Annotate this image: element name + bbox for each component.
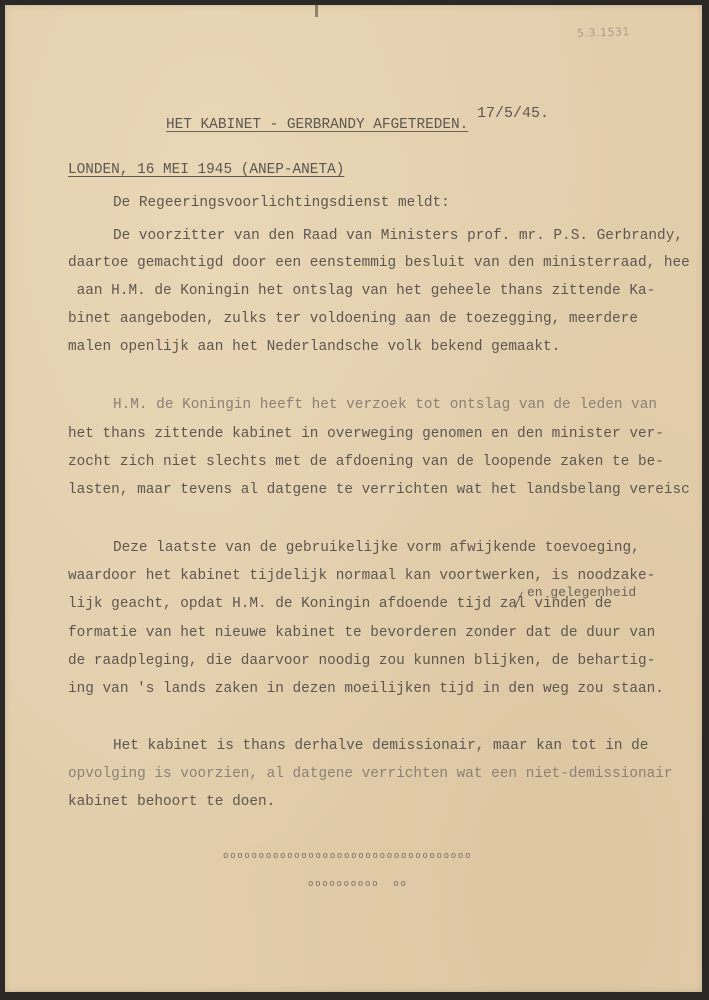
paragraph-2-line-2: het thans zittende kabinet in overweging…: [68, 426, 664, 443]
paragraph-4-line-3: kabinet behoort te doen.: [68, 794, 275, 811]
paragraph-3-line-2: waardoor het kabinet tijdelijk normaal k…: [68, 568, 655, 585]
scanned-document: 5.3.1531 17/5/45. HET KABINET - GERBRAND…: [0, 0, 709, 1000]
document-date: 17/5/45.: [477, 105, 549, 122]
headline: HET KABINET - GERBRANDY AFGETREDEN.: [166, 117, 468, 134]
paragraph-2-line-1: H.M. de Koningin heeft het verzoek tot o…: [113, 397, 657, 414]
archive-number: 5.3.1531: [577, 25, 630, 40]
end-marks-row-1: ooooooooooooooooooooooooooooooooooo: [223, 851, 472, 861]
paragraph-3-line-5: de raadpleging, die daarvoor noodig zou …: [68, 653, 655, 670]
paragraph-1-line-2: daartoe gemachtigd door een eenstemmig b…: [68, 255, 690, 272]
dateline: LONDEN, 16 MEI 1945 (ANEP-ANETA): [68, 162, 344, 179]
paragraph-4-line-2: opvolging is voorzien, al datgene verric…: [68, 766, 673, 783]
paragraph-1-line-5: malen openlijk aan het Nederlandsche vol…: [68, 339, 560, 356]
intro-line: De Regeeringsvoorlichtingsdienst meldt:: [113, 195, 450, 212]
paragraph-3-line-3: lijk geacht, opdat H.M. de Koningin afdo…: [68, 596, 612, 613]
paragraph-3-line-1: Deze laatste van de gebruikelijke vorm a…: [113, 540, 640, 557]
paragraph-1-line-3: aan H.M. de Koningin het ontslag van het…: [68, 283, 655, 300]
paragraph-3-line-6: ing van 's lands zaken in dezen moeilijk…: [68, 681, 664, 698]
paragraph-3-line-4: formatie van het nieuwe kabinet te bevor…: [68, 625, 655, 642]
paragraph-2-line-4: lasten, maar tevens al datgene te verric…: [68, 482, 690, 499]
end-marks-row-2: oooooooooo oo: [308, 879, 408, 889]
paragraph-1-line-4: binet aangeboden, zulks ter voldoening a…: [68, 311, 638, 328]
staple-mark: [315, 5, 318, 17]
paragraph-1-line-1: De voorzitter van den Raad van Ministers…: [113, 228, 683, 245]
paper-sheet: 5.3.1531 17/5/45. HET KABINET - GERBRAND…: [5, 5, 702, 992]
paragraph-2-line-3: zocht zich niet slechts met de afdoening…: [68, 454, 664, 471]
paragraph-4-line-1: Het kabinet is thans derhalve demissiona…: [113, 738, 648, 755]
